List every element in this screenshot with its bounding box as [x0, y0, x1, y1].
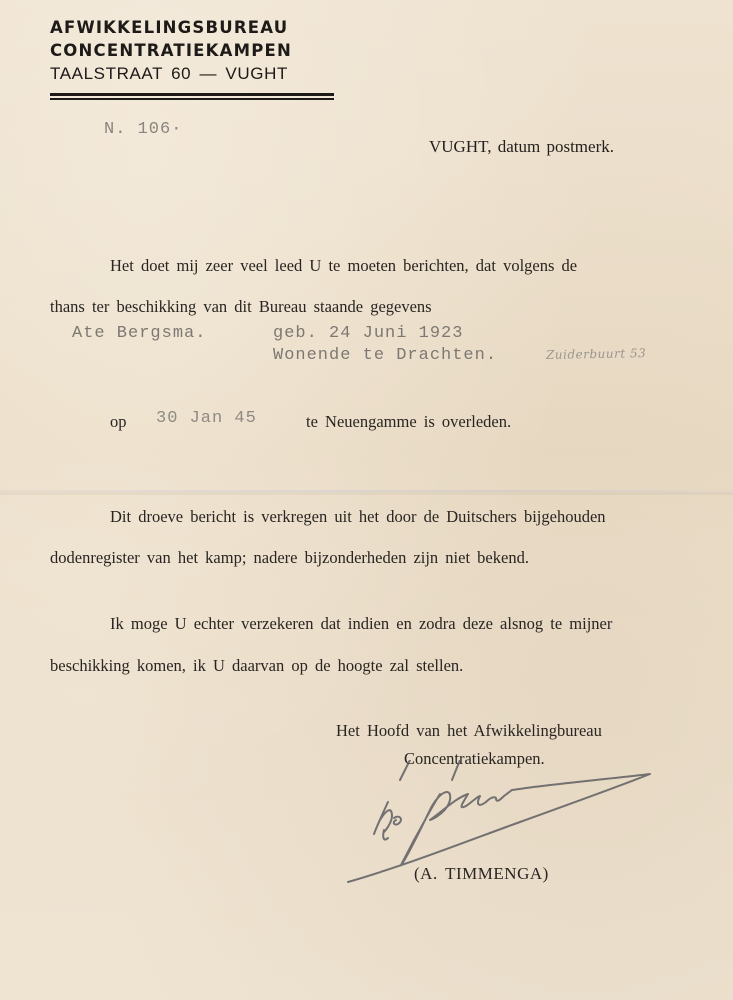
- letterhead-org-line2: CONCENTRATIEKAMPEN: [50, 39, 334, 62]
- letterhead-rule-thin: [50, 98, 334, 100]
- reference-number: N. 106·: [104, 120, 182, 139]
- letterhead-org-line1: AFWIKKELINGSBUREAU: [50, 16, 334, 39]
- letterhead-address: TAALSTRAAT 60 — VUGHT: [50, 62, 334, 86]
- paragraph2-line1: Dit droeve bericht is verkregen uit het …: [110, 507, 606, 527]
- person-residence: Wonende te Drachten.: [273, 346, 497, 365]
- paragraph1-line2: thans ter beschikking van dit Bureau sta…: [50, 297, 432, 317]
- closing-title: Het Hoofd van het Afwikkelingbureau: [336, 721, 602, 741]
- place-date: VUGHT, datum postmerk.: [429, 137, 614, 157]
- death-prefix: op: [110, 412, 127, 432]
- death-date: 30 Jan 45: [156, 409, 257, 428]
- signatory-name: (A. TIMMENGA): [414, 864, 549, 884]
- handwritten-address-note: Zuiderbuurt 53: [546, 346, 646, 362]
- person-name: Ate Bergsma.: [72, 324, 206, 343]
- paragraph2-line2: dodenregister van het kamp; nadere bijzo…: [50, 548, 529, 568]
- paragraph3-line1: Ik moge U echter verzekeren dat indien e…: [110, 614, 612, 634]
- death-suffix: te Neuengamme is overleden.: [306, 412, 511, 432]
- paper-fold-shadow: [0, 492, 733, 495]
- paragraph1-line1: Het doet mij zeer veel leed U te moeten …: [110, 256, 577, 276]
- paragraph3-line2: beschikking komen, ik U daarvan op de ho…: [50, 656, 463, 676]
- letterhead: AFWIKKELINGSBUREAU CONCENTRATIEKAMPEN TA…: [50, 16, 334, 100]
- letterhead-rule-thick: [50, 93, 334, 96]
- person-birth-date: geb. 24 Juni 1923: [273, 324, 463, 343]
